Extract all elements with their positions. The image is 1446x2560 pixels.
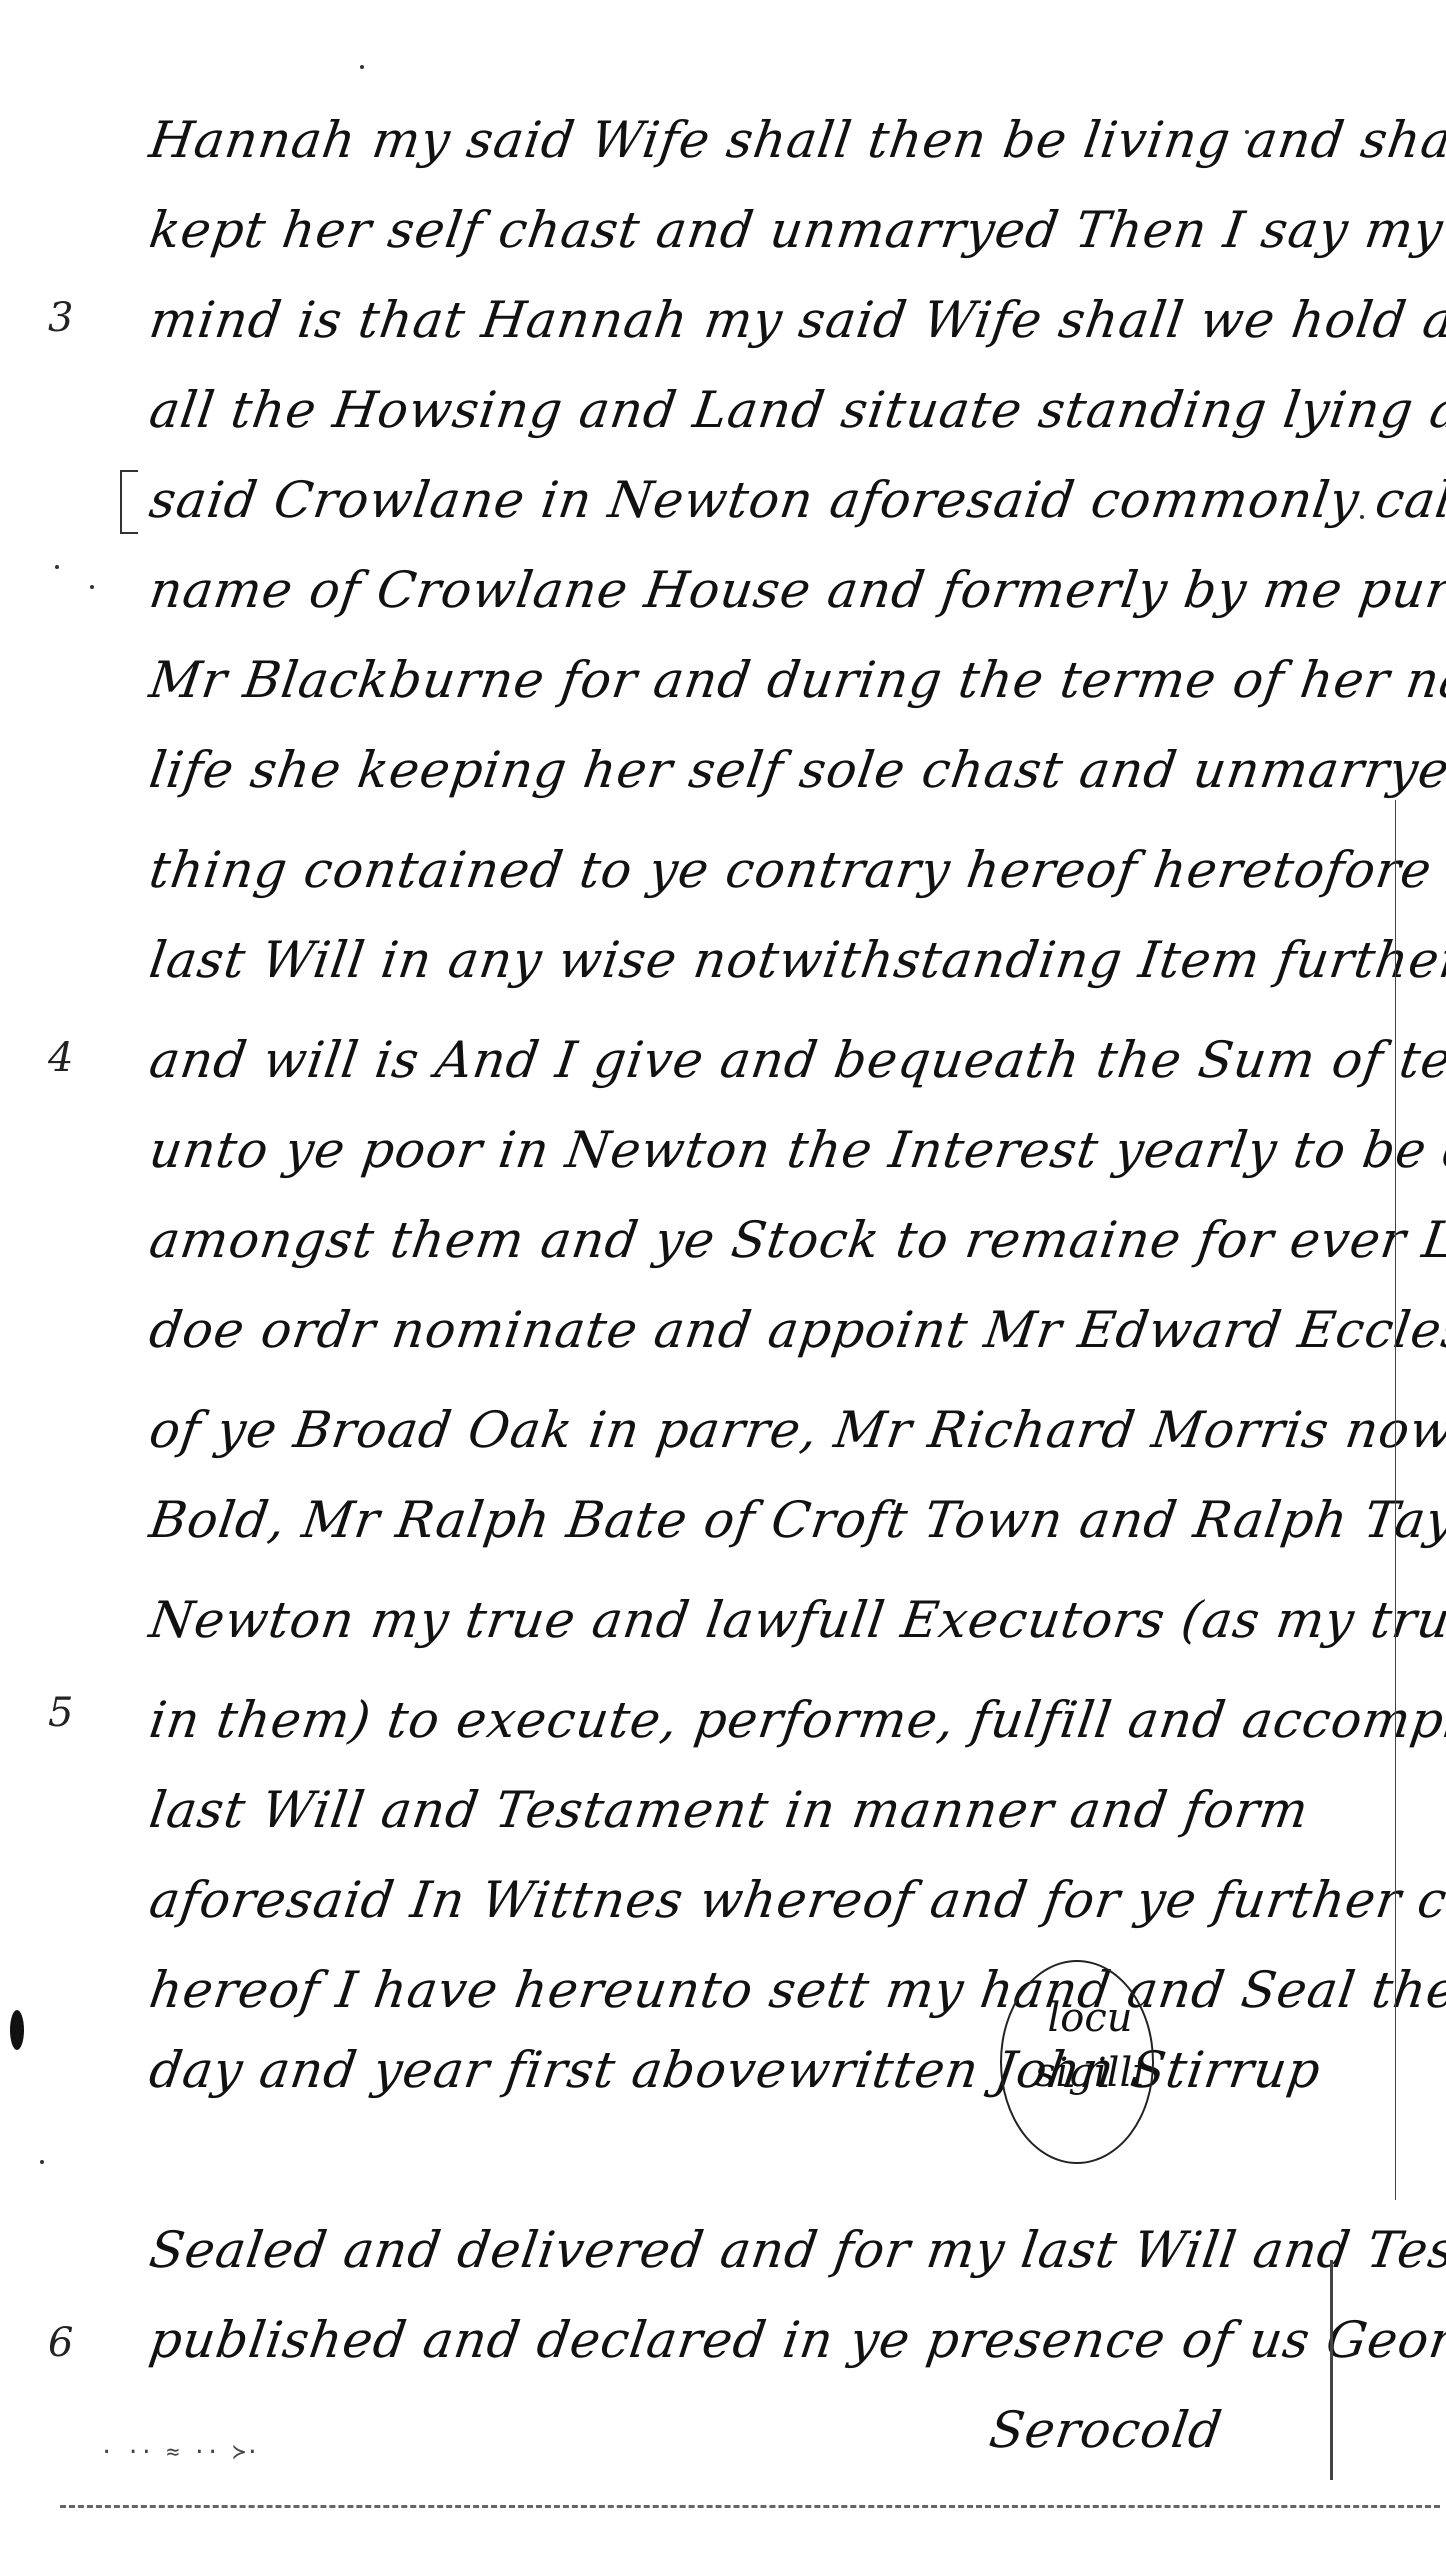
margin-number-3: 3 [48, 295, 73, 341]
text-line-14: doe ordr nominate and appoint Mr Edward … [146, 1300, 1324, 1360]
manuscript-page: 3 4 5 6 Hannah my said Wife shall then b… [0, 0, 1446, 2560]
text-line-8: life she keeping her self sole chast and… [146, 740, 1324, 800]
text-line-18: in them) to execute, performe, fulfill a… [146, 1690, 1324, 1750]
ink-blot [10, 2010, 24, 2050]
text-line-12: unto ye poor in Newton the Interest year… [146, 1120, 1324, 1180]
margin-number-5: 5 [48, 1690, 73, 1736]
bottom-dashed-rule [60, 2505, 1440, 2508]
bottom-scribble: · ·· ≈ ·· ≻· [100, 2440, 259, 2465]
speck [1360, 515, 1364, 519]
speck [40, 2160, 44, 2164]
right-bracket-stroke [1330, 2260, 1333, 2480]
text-line-23-attestation: Sealed and delivered and for my last Wil… [146, 2220, 1324, 2280]
margin-number-4: 4 [48, 1035, 73, 1081]
margin-bracket-mark [120, 470, 138, 534]
text-line-17: Newton my true and lawfull Executors (as… [146, 1590, 1324, 1650]
speck [90, 585, 94, 589]
text-line-19: last Will and Testament in manner and fo… [146, 1780, 1324, 1840]
text-line-20: aforesaid In Wittnes whereof and for ye … [146, 1870, 1324, 1930]
text-line-7: Mr Blackburne for and during the terme o… [146, 650, 1324, 710]
seal-text-locu: locu [1030, 1995, 1150, 2041]
text-line-1: Hannah my said Wife shall then be living… [146, 110, 1324, 170]
witness-surname: Serocold [986, 2400, 1294, 2460]
text-line-15: of ye Broad Oak in parre, Mr Richard Mor… [146, 1400, 1324, 1460]
text-line-9: thing contained to ye contrary hereof he… [146, 840, 1324, 900]
text-line-6: name of Crowlane House and formerly by m… [146, 560, 1324, 620]
text-line-3: mind is that Hannah my said Wife shall w… [146, 290, 1324, 350]
text-line-10: last Will in any wise notwithstanding It… [146, 930, 1324, 990]
seal-text-sigilli: sigilli [1030, 2050, 1150, 2096]
text-line-11: and will is And I give and bequeath the … [146, 1030, 1324, 1090]
text-line-4: all the Howsing and Land situate standin… [146, 380, 1324, 440]
text-line-5: said Crowlane in Newton aforesaid common… [146, 470, 1324, 530]
speck [360, 65, 364, 69]
speck [55, 565, 59, 569]
text-line-2: kept her self chast and unmarryed Then I… [146, 200, 1324, 260]
speck [1245, 130, 1249, 134]
margin-number-6: 6 [48, 2320, 73, 2366]
right-margin-rule [1395, 800, 1396, 2200]
text-line-24-witness: published and declared in ye presence of… [146, 2310, 1324, 2370]
text-line-16: Bold, Mr Ralph Bate of Croft Town and Ra… [146, 1490, 1324, 1550]
text-line-13: amongst them and ye Stock to remaine for… [146, 1210, 1324, 1270]
